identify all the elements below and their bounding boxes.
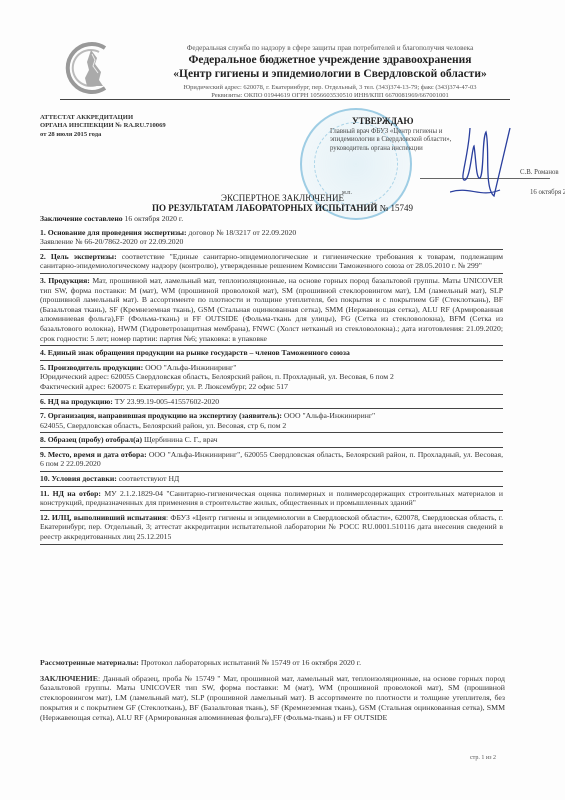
section-12: 12. ИЛЦ, выполнивший испытания: ФБУЗ «Це… <box>40 511 503 545</box>
organization-emblem-icon <box>65 40 121 96</box>
section-extra: 624055, Свердловская область, Белоярский… <box>40 421 503 431</box>
section-8: 8. Образец (пробу) отобрал(а) Щербинина … <box>40 433 503 448</box>
accreditation-block: АТТЕСТАТ АККРЕДИТАЦИИ ОРГАНА ИНСПЕКЦИИ №… <box>40 114 166 139</box>
section-11: 11. НД на отбор: МУ 2.1.2.1829-04 "Санит… <box>40 487 503 511</box>
section-text: ООО "Альфа-Инжиниринг" <box>143 363 236 372</box>
section-6: 6. НД на продукцию: ТУ 23.99.19-005-4155… <box>40 395 503 410</box>
section-extra: Заявление № 66-20/7862-2020 от 22.09.202… <box>40 237 503 247</box>
signatory-name: С.В. Романов <box>520 169 559 178</box>
section-label: 8. Образец (пробу) отобрал(а) <box>40 435 142 444</box>
reviewed-materials: Рассмотренные материалы: Протокол лабора… <box>40 658 505 668</box>
section-text: договор № 18/3217 от 22.09.2020 <box>187 228 297 237</box>
section-7: 7. Организация, направившая продукцию на… <box>40 409 503 433</box>
section-label: 2. Цель экспертизы: <box>40 252 117 261</box>
legal-address: Юридический адрес: 620078, г. Екатеринбу… <box>150 84 510 92</box>
header-divider <box>60 99 510 100</box>
section-label: 4. Единый знак обращения продукции на ры… <box>40 348 350 357</box>
conclusion-text-block: ЗАКЛЮЧЕНИЕ: Данный образец, проба № 1574… <box>40 674 505 723</box>
compiled-date: 16 октября 2020 г. <box>125 214 184 223</box>
reviewed-text: Протокол лабораторных испытаний № 15749 … <box>139 658 361 667</box>
section-4: 4. Единый знак обращения продукции на ры… <box>40 346 503 361</box>
agency-name: Федеральная служба по надзору в сфере за… <box>150 44 510 53</box>
letterhead: Федеральная служба по надзору в сфере за… <box>150 44 510 100</box>
section-label: 5. Производитель продукции: <box>40 363 143 372</box>
page-number: стр. 1 из 2 <box>470 755 496 761</box>
institution-name-line2: «Центр гигиены и эпидемиологии в Свердло… <box>150 67 510 81</box>
section-text: ТУ 23.99.19-005-41557602-2020 <box>113 397 219 406</box>
institution-name-line1: Федеральное бюджетное учреждение здравоо… <box>150 53 510 67</box>
section-text: ООО "Альфа-Инжиниринг" <box>282 411 375 420</box>
section-label: 6. НД на продукцию: <box>40 397 113 406</box>
compiled-date-line: Заключение составлено 16 октября 2020 г. <box>40 214 503 226</box>
section-text: соответствуют НД <box>117 474 179 483</box>
section-3: 3. Продукция: Мат, прошивной мат, ламель… <box>40 274 503 346</box>
accreditation-line2: ОРГАНА ИНСПЕКЦИИ № RA.RU.710069 <box>40 122 166 130</box>
accreditation-line3: от 28 июля 2015 года <box>40 131 166 139</box>
section-10: 10. Условия доставки: соответствуют НД <box>40 472 503 487</box>
section-label: 10. Условия доставки: <box>40 474 117 483</box>
section-label: 3. Продукция: <box>40 276 90 285</box>
conclusion-text: : Данный образец, проба № 15749 " Мат, п… <box>40 674 505 722</box>
section-label: 11. НД на отбор: <box>40 489 101 498</box>
section-text: Щербинина С. Г., врач <box>142 435 217 444</box>
section-label: 12. ИЛЦ, выполнивший испытания <box>40 513 166 522</box>
section-extra: Фактический адрес: 620075 г. Екатеринбур… <box>40 382 503 392</box>
reviewed-label: Рассмотренные материалы: <box>40 658 139 667</box>
section-9: 9. Место, время и дата отбора: ООО "Альф… <box>40 448 503 472</box>
conclusion-block: Рассмотренные материалы: Протокол лабора… <box>40 658 505 722</box>
section-label: 1. Основание для проведения экспертизы: <box>40 228 187 237</box>
section-text: Мат, прошивной мат, ламельный мат, тепло… <box>40 276 503 343</box>
document-page: Федеральная служба по надзору в сфере за… <box>0 0 565 800</box>
accreditation-line1: АТТЕСТАТ АККРЕДИТАЦИИ <box>40 114 166 122</box>
section-2: 2. Цель экспертизы: соответствие "Единые… <box>40 250 503 274</box>
subtitle-text: ПО РЕЗУЛЬТАТАМ ЛАБОРАТОРНЫХ ИСПЫТАНИЙ <box>152 203 377 213</box>
conclusion-label: ЗАКЛЮЧЕНИЕ <box>40 674 98 683</box>
document-number: № 15749 <box>380 203 413 213</box>
compiled-label: Заключение составлено <box>40 214 123 223</box>
section-1: 1. Основание для проведения экспертизы: … <box>40 226 503 250</box>
document-subtitle: ПО РЕЗУЛЬТАТАМ ЛАБОРАТОРНЫХ ИСПЫТАНИЙ № … <box>0 203 565 214</box>
section-5: 5. Производитель продукции: ООО "Альфа-И… <box>40 361 503 395</box>
section-text: МУ 2.1.2.1829-04 "Санитарно-гигиеническа… <box>40 489 503 508</box>
section-label: 7. Организация, направившая продукцию на… <box>40 411 282 420</box>
section-label: 9. Место, время и дата отбора: <box>40 450 147 459</box>
document-body: Заключение составлено 16 октября 2020 г.… <box>40 214 503 545</box>
section-extra: Юридический адрес: 620055 Свердловская о… <box>40 372 503 382</box>
